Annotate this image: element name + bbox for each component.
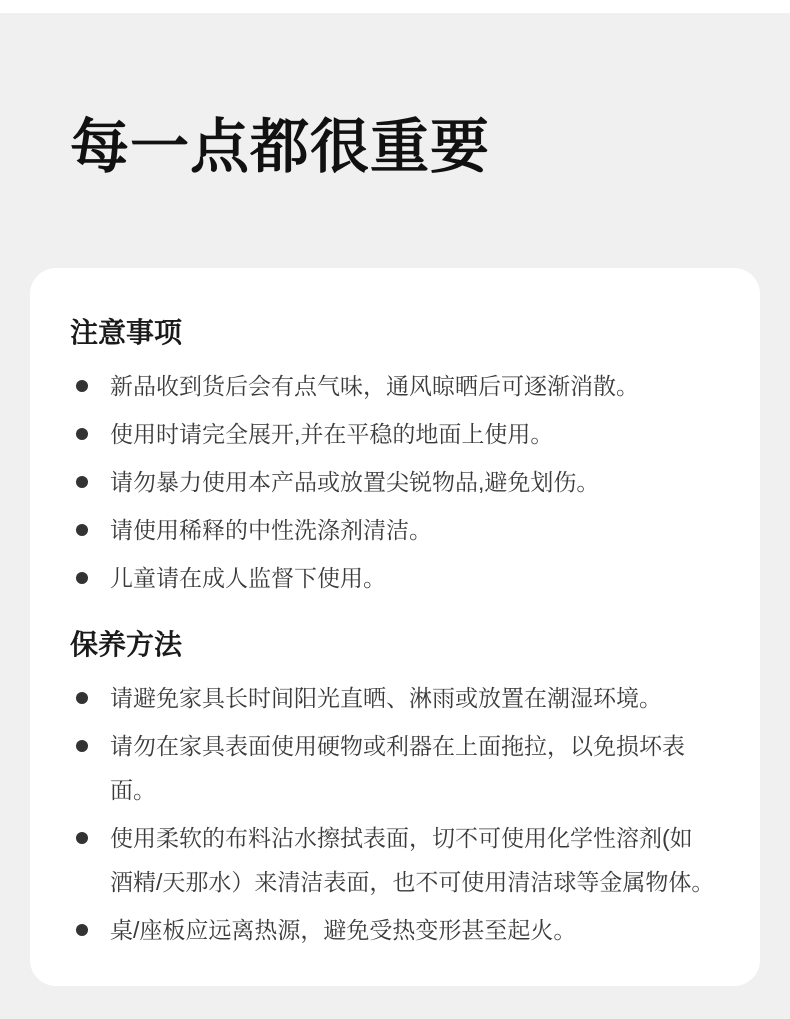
list-item-text: 桌/座板应远离热源，避免受热变形甚至起火。 <box>110 917 576 943</box>
list-item-text: 请避免家具长时间阳光直晒、淋雨或放置在潮湿环境。 <box>110 685 662 711</box>
list-item: 使用柔软的布料沾水擦拭表面，切不可使用化学性溶剂(如 酒精/天那水）来清洁表面，… <box>70 816 722 904</box>
section-care: 保养方法 请避免家具长时间阳光直晒、淋雨或放置在潮湿环境。 请勿在家具表面使用硬… <box>70 628 722 952</box>
bullet-icon <box>76 832 88 844</box>
list-item-text: 使用时请完全展开,并在平稳的地面上使用。 <box>110 421 553 447</box>
list-item: 请勿暴力使用本产品或放置尖锐物品,避免划伤。 <box>70 460 722 504</box>
care-heading: 保养方法 <box>70 628 722 662</box>
notices-heading: 注意事项 <box>70 316 722 350</box>
info-card: 注意事项 新品收到货后会有点气味，通风晾晒后可逐渐消散。 使用时请完全展开,并在… <box>30 268 760 986</box>
care-list: 请避免家具长时间阳光直晒、淋雨或放置在潮湿环境。 请勿在家具表面使用硬物或利器在… <box>70 676 722 952</box>
list-item-text: 新品收到货后会有点气味，通风晾晒后可逐渐消散。 <box>110 373 639 399</box>
list-item: 桌/座板应远离热源，避免受热变形甚至起火。 <box>70 908 722 952</box>
list-item-text: 请勿暴力使用本产品或放置尖锐物品,避免划伤。 <box>110 469 599 495</box>
bullet-icon <box>76 380 88 392</box>
bullet-icon <box>76 428 88 440</box>
list-item-text: 使用柔软的布料沾水擦拭表面，切不可使用化学性溶剂(如 酒精/天那水）来清洁表面，… <box>110 825 714 895</box>
list-item: 新品收到货后会有点气味，通风晾晒后可逐渐消散。 <box>70 364 722 408</box>
list-item: 请勿在家具表面使用硬物或利器在上面拖拉，以免损坏表 面。 <box>70 724 722 812</box>
list-item-text: 请勿在家具表面使用硬物或利器在上面拖拉，以免损坏表 面。 <box>110 733 685 803</box>
bullet-icon <box>76 740 88 752</box>
bullet-icon <box>76 524 88 536</box>
bullet-icon <box>76 692 88 704</box>
bullet-icon <box>76 924 88 936</box>
bullet-icon <box>76 476 88 488</box>
list-item: 使用时请完全展开,并在平稳的地面上使用。 <box>70 412 722 456</box>
section-notices: 注意事项 新品收到货后会有点气味，通风晾晒后可逐渐消散。 使用时请完全展开,并在… <box>70 316 722 600</box>
list-item: 请使用稀释的中性洗涤剂清洁。 <box>70 508 722 552</box>
list-item-text: 请使用稀释的中性洗涤剂清洁。 <box>110 517 432 543</box>
list-item: 请避免家具长时间阳光直晒、淋雨或放置在潮湿环境。 <box>70 676 722 720</box>
list-item: 儿童请在成人监督下使用。 <box>70 556 722 600</box>
page-title: 每一点都很重要 <box>70 112 720 182</box>
notices-list: 新品收到货后会有点气味，通风晾晒后可逐渐消散。 使用时请完全展开,并在平稳的地面… <box>70 364 722 600</box>
top-white-strip <box>0 0 790 13</box>
list-item-text: 儿童请在成人监督下使用。 <box>110 565 386 591</box>
bullet-icon <box>76 572 88 584</box>
